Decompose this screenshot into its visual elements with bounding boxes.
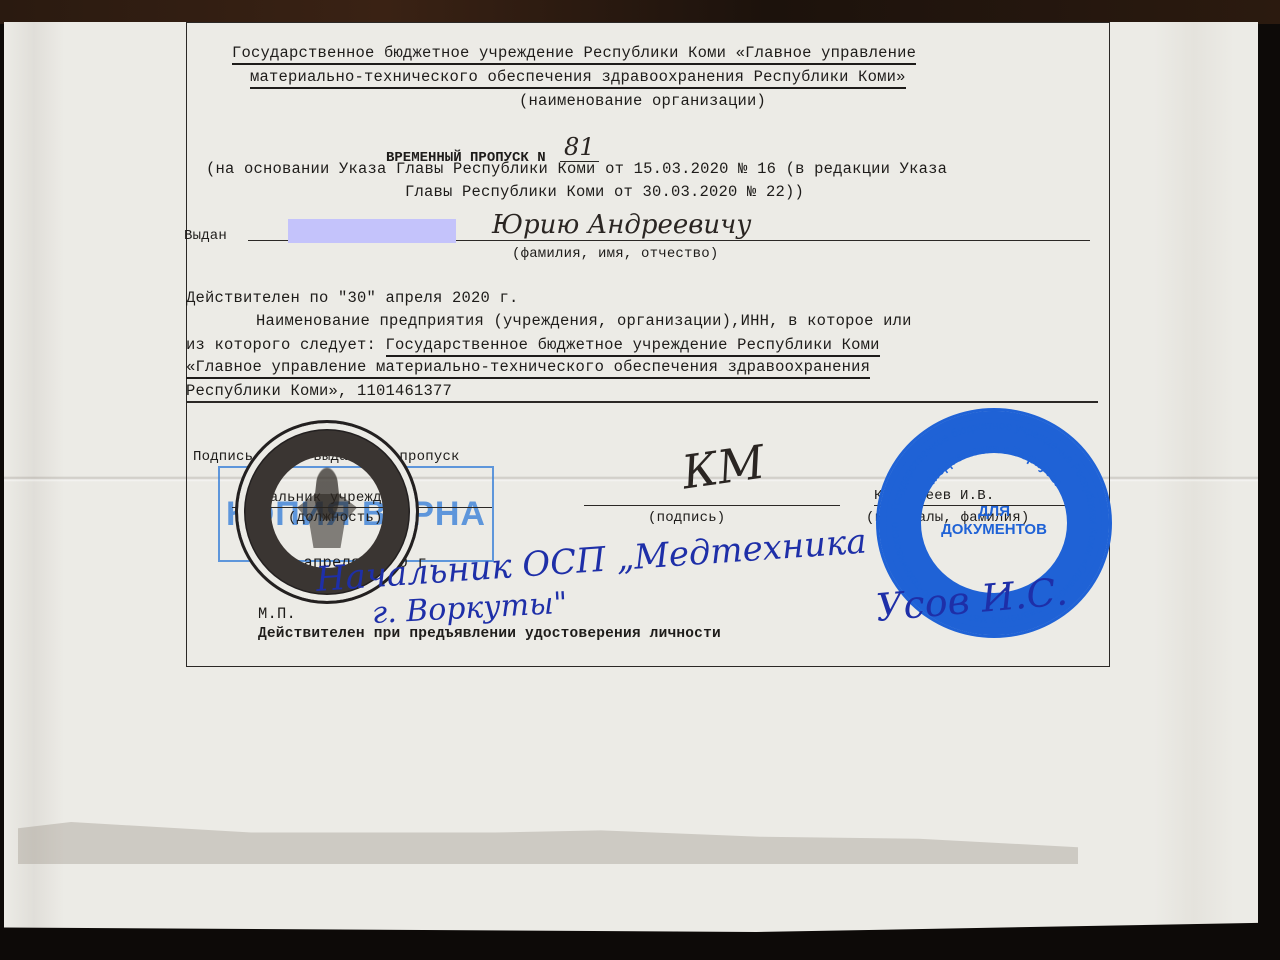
signature-caption: (подпись) [648,510,725,526]
handwritten-signature: КМ [679,435,768,500]
enterprise-prefix: из которого следует: [186,336,376,354]
enterprise-line-4: Республики Коми», 1101461377 [186,382,452,400]
valid-until: Действителен по "30" апреля 2020 г. [186,289,519,307]
seal-label: М.П. [258,605,296,623]
seal-center-line-2: ДОКУМЕНТОВ [879,521,1109,539]
org-name-line-1: Государственное бюджетное учреждение Рес… [232,44,916,65]
seal-center-line-1: ДЛЯ [879,503,1109,521]
enterprise-underline [186,401,1098,403]
enterprise-line-2: из которого следует: Государственное бюд… [186,336,880,354]
enterprise-name-part-1: Государственное бюджетное учреждение Рес… [386,336,880,357]
seal-inner-text: Медтехника г.Воркуты [924,441,1066,489]
basis-line-2: Главы Республики Коми от 30.03.2020 № 22… [405,183,804,201]
footer-validity-note: Действителен при предъявлении удостовере… [258,626,721,642]
issued-to-label: Выдан [184,228,227,244]
redaction-block [288,219,456,243]
signature-underline [584,505,840,506]
org-name-line-2: материально-технического обеспечения здр… [250,68,906,89]
basis-line-1: (на основании Указа Главы Республики Ком… [206,160,947,178]
svg-text:Медтехника г.Воркуты: Медтехника г.Воркуты [924,441,1066,489]
issued-to-caption: (фамилия, имя, отчество) [512,246,718,262]
pass-number: 81 [560,133,599,162]
coat-of-arms-icon [297,467,357,557]
org-name-caption: (наименование организации) [519,92,766,110]
issued-to-handwritten-name: Юрию Андреевичу [492,210,751,240]
enterprise-line-1: Наименование предприятия (учреждения, ор… [256,312,912,330]
seal-center: ДЛЯ ДОКУМЕНТОВ [879,503,1109,539]
enterprise-line-3: «Главное управление материально-техничес… [186,358,870,379]
background-surface [0,0,1280,24]
